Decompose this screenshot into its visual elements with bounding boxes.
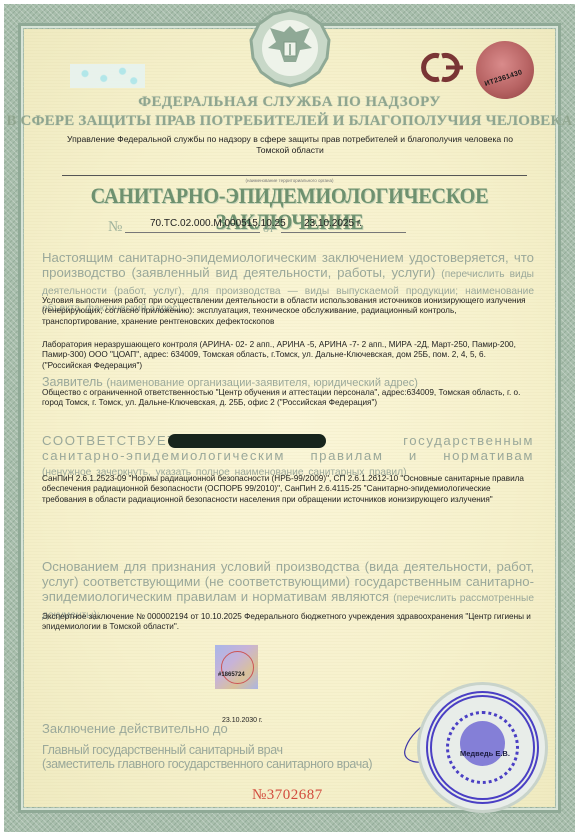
- activity-value: Условия выполнения работ при осуществлен…: [42, 296, 534, 327]
- stamp-signatory-name: Медведь Е.В.: [460, 749, 510, 758]
- validity-label: Заключение действительно до: [42, 721, 228, 736]
- security-hologram-strip: [70, 64, 145, 88]
- hologram-code: ИТ2361430: [484, 69, 524, 88]
- applicant-label-text: Заявитель: [42, 375, 103, 389]
- applicant-label: Заявитель (наименование организации-заяв…: [42, 375, 418, 389]
- divider: [62, 175, 527, 176]
- number-label: №: [108, 219, 122, 236]
- signatory-title-line2: (заместитель главного государственного с…: [42, 757, 372, 771]
- territorial-body: Управление Федеральной службы по надзору…: [50, 134, 530, 156]
- applicant-value: Общество с ограниченной ответственностью…: [42, 388, 534, 409]
- conformity-word: СООТВЕТСТВУЕТ: [42, 433, 177, 448]
- agency-name-line2: В СФЕРЕ ЗАЩИТЫ ПРАВ ПОТРЕБИТЕЛЕЙ И БЛАГО…: [0, 113, 579, 130]
- document-date: 23.10.2025 г.: [304, 218, 362, 229]
- russian-coat-of-arms-icon: [245, 8, 335, 88]
- red-hologram-sticker: ИТ2361430: [476, 41, 534, 99]
- norms-value: СанПиН 2.6.1.2523-09 "Нормы радиационной…: [42, 474, 534, 505]
- object-value: Лаборатория неразрушающего контроля (АРИ…: [42, 340, 534, 371]
- strikethrough-redaction: [168, 434, 326, 448]
- agency-name-line1: ФЕДЕРАЛЬНАЯ СЛУЖБА ПО НАДЗОРУ: [0, 94, 579, 111]
- basis-value: Экспертное заключение № 000002194 от 10.…: [42, 612, 534, 633]
- signatory-title-line1: Главный государственный санитарный врач: [42, 743, 283, 757]
- square-hologram-code: #1865724: [218, 672, 245, 678]
- serial-number: №3702687: [252, 787, 323, 804]
- date-underline: [281, 232, 406, 233]
- date-label: от: [263, 221, 274, 236]
- stamp-eagle-icon: [460, 721, 505, 766]
- number-underline: [125, 232, 260, 233]
- ce-sanitary-mark-icon: [413, 50, 468, 85]
- hologram-ring-icon: [221, 651, 254, 684]
- official-stamp: Медведь Е.В.: [420, 685, 545, 810]
- square-hologram-sticker: #1865724: [215, 645, 258, 689]
- validity-date: 23.10.2030 г.: [222, 717, 263, 724]
- document-title: САНИТАРНО-ЭПИДЕМИОЛОГИЧЕСКОЕ ЗАКЛЮЧЕНИЕ: [23, 183, 556, 235]
